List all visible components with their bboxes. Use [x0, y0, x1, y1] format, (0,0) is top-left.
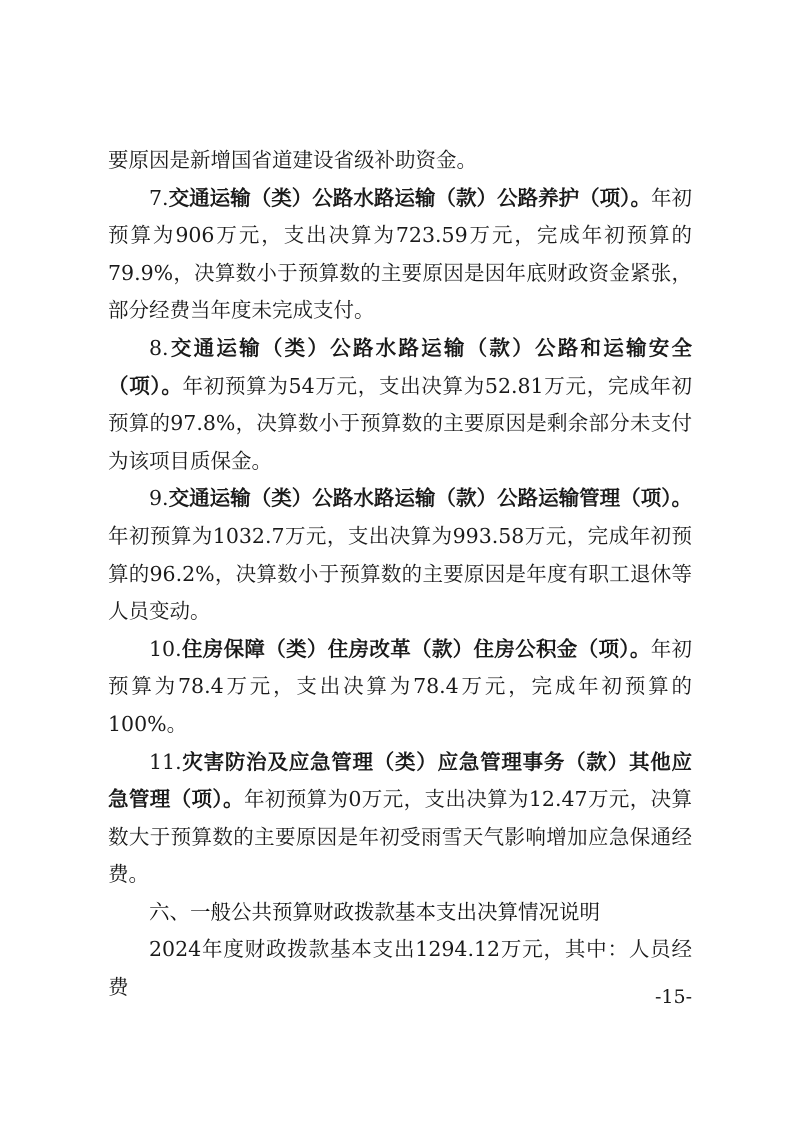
item-9-title: 交通运输（类）公路水路运输（款）公路运输管理（项）。 — [169, 486, 692, 510]
item-10-paragraph: 10.住房保障（类）住房改革（款）住房公积金（项）。年初预算为78.4万元，支出… — [108, 631, 692, 744]
item-9-body: 年初预算为1032.7万元，支出决算为993.58万元，完成年初预算的96.2%… — [108, 524, 692, 623]
item-9-number: 9. — [149, 486, 169, 510]
item-8-paragraph: 8.交通运输（类）公路水路运输（款）公路和运输安全（项）。年初预算为54万元，支… — [108, 330, 692, 480]
section-body-paragraph: 2024年度财政拨款基本支出1294.12万元，其中：人员经费 — [108, 931, 692, 1006]
item-7-title: 交通运输（类）公路水路运输（款）公路养护（项）。 — [169, 186, 651, 210]
item-10-title: 住房保障（类）住房改革（款）住房公积金（项）。 — [182, 637, 651, 661]
continuation-paragraph: 要原因是新增国省道建设省级补助资金。 — [108, 142, 692, 180]
page-number: -15- — [640, 986, 692, 1008]
item-10-number: 10. — [149, 637, 182, 661]
section-heading: 六、一般公共预算财政拨款基本支出决算情况说明 — [108, 894, 692, 932]
item-8-body: 年初预算为54万元，支出决算为52.81万元，完成年初预算的97.8%，决算数小… — [108, 374, 692, 473]
document-page: 要原因是新增国省道建设省级补助资金。 7.交通运输（类）公路水路运输（款）公路养… — [108, 142, 692, 1007]
item-11-paragraph: 11.灾害防治及应急管理（类）应急管理事务（款）其他应急管理（项）。年初预算为0… — [108, 744, 692, 894]
item-11-number: 11. — [149, 750, 182, 774]
item-7-paragraph: 7.交通运输（类）公路水路运输（款）公路养护（项）。年初预算为906万元，支出决… — [108, 180, 692, 330]
item-8-number: 8. — [149, 336, 169, 360]
item-9-paragraph: 9.交通运输（类）公路水路运输（款）公路运输管理（项）。年初预算为1032.7万… — [108, 480, 692, 630]
item-7-number: 7. — [149, 186, 169, 210]
